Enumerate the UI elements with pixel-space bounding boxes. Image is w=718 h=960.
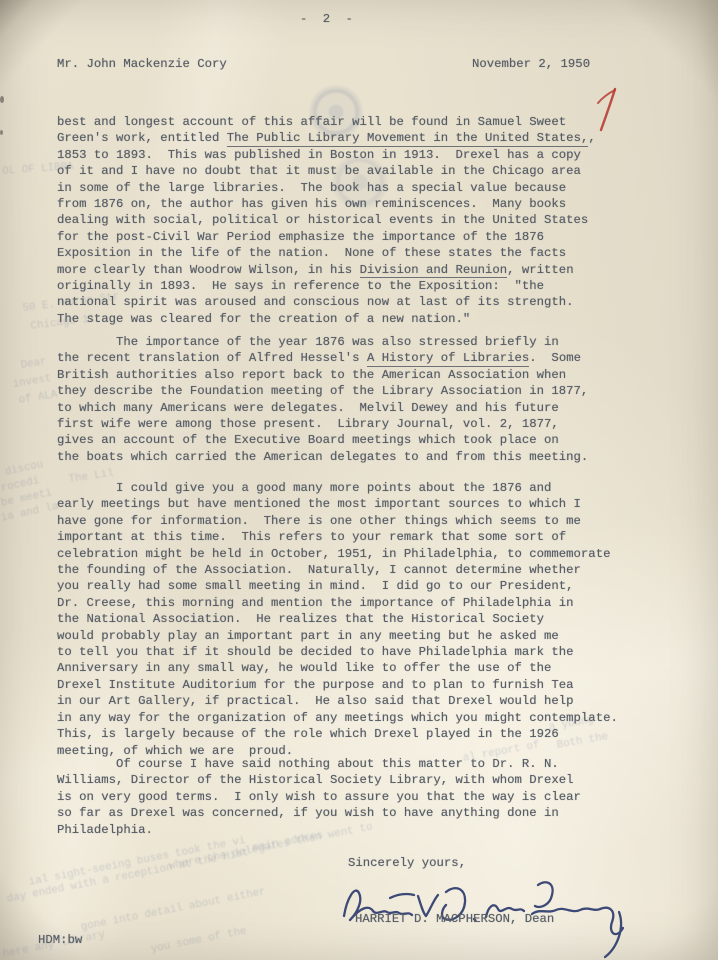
closing-salutation: Sincerely yours, bbox=[348, 855, 466, 871]
text-line: early meetings but have mentioned the mo… bbox=[57, 496, 618, 512]
text-segment: . Some bbox=[529, 351, 581, 365]
recipient-name: Mr. John Mackenzie Cory bbox=[57, 56, 227, 72]
text-segment: Anniversary in any small way, he would l… bbox=[57, 661, 551, 675]
text-segment: to tell you that if it should be decided… bbox=[57, 645, 574, 659]
letter-date: November 2, 1950 bbox=[472, 56, 590, 72]
text-segment: the boats which carried the American del… bbox=[57, 450, 588, 464]
text-segment: British authorities also report back to … bbox=[57, 368, 566, 382]
underlined-title: Division and Reunion bbox=[360, 263, 508, 279]
text-segment: , bbox=[588, 131, 595, 145]
text-line: Williams, Director of the Historical Soc… bbox=[57, 772, 581, 788]
text-segment: in some of the large libraries. The book… bbox=[57, 181, 566, 195]
text-segment: of it and I have no doubt that it must b… bbox=[57, 164, 581, 178]
text-segment: in any way for the organization of any m… bbox=[57, 711, 618, 725]
text-line: celebration might be held in October, 19… bbox=[57, 546, 618, 562]
text-segment: This, is largely because of the role whi… bbox=[57, 727, 559, 741]
paragraph-2: The importance of the year 1876 was also… bbox=[57, 334, 588, 465]
text-segment: Of course I have said nothing about this… bbox=[57, 757, 559, 771]
text-line: originally in 1893. He says in reference… bbox=[57, 278, 596, 294]
text-line: The stage was cleared for the creation o… bbox=[57, 311, 596, 327]
text-segment: Green's work, entitled bbox=[57, 131, 227, 145]
text-segment: 1853 to 1893. This was published in Bost… bbox=[57, 148, 581, 162]
ghost-text-fragment: discou bbox=[4, 459, 45, 479]
text-line: to which many Americans were delegates. … bbox=[57, 400, 588, 416]
underlined-title: The Public Library Movement in the Unite… bbox=[227, 131, 589, 147]
text-line: Philadelphia. bbox=[57, 822, 581, 838]
page-number: - 2 - bbox=[300, 11, 357, 27]
text-line: important at this time. This refers to y… bbox=[57, 529, 618, 545]
text-segment: important at this time. This refers to y… bbox=[57, 530, 566, 544]
text-line: so far as Drexel was concerned, if you w… bbox=[57, 805, 581, 821]
ghost-text-fragment: you some of the bbox=[150, 925, 248, 955]
paragraph-4: Of course I have said nothing about this… bbox=[57, 756, 581, 838]
text-segment: early meetings but have mentioned the mo… bbox=[57, 497, 581, 511]
text-line: in some of the large libraries. The book… bbox=[57, 180, 596, 196]
text-line: Anniversary in any small way, he would l… bbox=[57, 660, 618, 676]
text-segment: Philadelphia. bbox=[57, 823, 153, 837]
text-segment: the founding of the Association. Natural… bbox=[57, 563, 581, 577]
text-segment: so far as Drexel was concerned, if you w… bbox=[57, 806, 559, 820]
text-segment: celebration might be held in October, 19… bbox=[57, 547, 610, 561]
text-line: Drexel Institute Auditorium for the purp… bbox=[57, 677, 618, 693]
text-segment: gives an account of the Executive Board … bbox=[57, 433, 559, 447]
ghost-text-fragment: Dear bbox=[20, 356, 47, 372]
text-line: first wife were among those present. Lib… bbox=[57, 416, 588, 432]
scan-speck bbox=[0, 130, 3, 135]
text-segment: Drexel Institute Auditorium for the purp… bbox=[57, 678, 574, 692]
text-segment: they describe the Foundation meeting of … bbox=[57, 384, 588, 398]
text-segment: national spirit was aroused and consciou… bbox=[57, 295, 574, 309]
text-line: from 1876 on, the author has given his o… bbox=[57, 196, 596, 212]
text-line: This, is largely because of the role whi… bbox=[57, 726, 618, 742]
text-line: Green's work, entitled The Public Librar… bbox=[57, 130, 596, 146]
text-line: in our Art Gallery, if practical. He als… bbox=[57, 693, 618, 709]
text-segment: more clearly than Woodrow Wilson, in his bbox=[57, 263, 360, 277]
text-segment: for the post-Civil War Period emphasize … bbox=[57, 230, 544, 244]
text-segment: The importance of the year 1876 was also… bbox=[57, 335, 559, 349]
text-segment: would probably play an important part in… bbox=[57, 629, 559, 643]
text-line: Exposition in the life of the nation. No… bbox=[57, 245, 596, 261]
text-line: national spirit was aroused and consciou… bbox=[57, 294, 596, 310]
paragraph-3: I could give you a good many more points… bbox=[57, 480, 618, 759]
text-segment: best and longest account of this affair … bbox=[57, 115, 566, 129]
typist-initials: HDM:bw bbox=[38, 932, 82, 948]
ghost-text-fragment: rocedi bbox=[0, 475, 41, 495]
text-line: you really had some small meeting in min… bbox=[57, 578, 618, 594]
text-segment: Dr. Creese, this morning and mention the… bbox=[57, 596, 574, 610]
text-line: in any way for the organization of any m… bbox=[57, 710, 618, 726]
text-line: best and longest account of this affair … bbox=[57, 114, 596, 130]
ghost-text-fragment: of ALA bbox=[18, 389, 58, 407]
text-segment: dealing with social, political or histor… bbox=[57, 213, 588, 227]
text-line: of it and I have no doubt that it must b… bbox=[57, 163, 596, 179]
ghost-text-fragment: ial sight-seeing buses took the vi bbox=[28, 835, 247, 889]
text-line: the founding of the Association. Natural… bbox=[57, 562, 618, 578]
text-segment: in our Art Gallery, if practical. He als… bbox=[57, 694, 574, 708]
text-line: is on very good terms. I only wish to as… bbox=[57, 789, 581, 805]
text-line: Of course I have said nothing about this… bbox=[57, 756, 581, 772]
scanned-letter-page: OL OF LIBRA50 E. Huron StrChicago 11Dear… bbox=[0, 0, 718, 960]
text-line: have gone for information. There is one … bbox=[57, 513, 618, 529]
text-line: they describe the Foundation meeting of … bbox=[57, 383, 588, 399]
ghost-text-fragment: day ended with a reception at the Hist bbox=[6, 847, 250, 906]
ghost-text-fragment: be meeti bbox=[0, 487, 53, 510]
ghost-text-fragment: gone into detail about either bbox=[80, 886, 267, 934]
scan-speck bbox=[0, 96, 4, 103]
text-line: gives an account of the Executive Board … bbox=[57, 432, 588, 448]
text-line: to tell you that if it should be decided… bbox=[57, 644, 618, 660]
text-line: more clearly than Woodrow Wilson, in his… bbox=[57, 262, 596, 278]
text-segment: I could give you a good many more points… bbox=[57, 481, 551, 495]
typed-signature-name: HARRIET D. MACPHERSON, Dean bbox=[355, 911, 554, 927]
text-segment: to which many Americans were delegates. … bbox=[57, 401, 559, 415]
ghost-text-fragment: invest bbox=[12, 373, 52, 391]
red-checkmark-icon bbox=[594, 86, 622, 134]
text-line: the National Association. He realizes th… bbox=[57, 611, 618, 627]
text-segment: the recent translation of Alfred Hessel'… bbox=[57, 351, 367, 365]
text-line: The importance of the year 1876 was also… bbox=[57, 334, 588, 350]
text-segment: originally in 1893. He says in reference… bbox=[57, 279, 544, 293]
text-segment: from 1876 on, the author has given his o… bbox=[57, 197, 566, 211]
text-segment: the National Association. He realizes th… bbox=[57, 612, 544, 626]
text-segment: is on very good terms. I only wish to as… bbox=[57, 790, 581, 804]
text-line: for the post-Civil War Period emphasize … bbox=[57, 229, 596, 245]
ghost-text-fragment: ia and la bbox=[0, 501, 60, 525]
underlined-title: A History of Libraries bbox=[367, 351, 529, 367]
text-line: the boats which carried the American del… bbox=[57, 449, 588, 465]
text-line: British authorities also report back to … bbox=[57, 367, 588, 383]
text-segment: Williams, Director of the Historical Soc… bbox=[57, 773, 574, 787]
text-line: 1853 to 1893. This was published in Bost… bbox=[57, 147, 596, 163]
text-segment: , written bbox=[507, 263, 573, 277]
text-line: Dr. Creese, this morning and mention the… bbox=[57, 595, 618, 611]
text-segment: have gone for information. There is one … bbox=[57, 514, 581, 528]
paragraph-1: best and longest account of this affair … bbox=[57, 114, 596, 327]
text-line: dealing with social, political or histor… bbox=[57, 212, 596, 228]
text-line: would probably play an important part in… bbox=[57, 628, 618, 644]
text-segment: Exposition in the life of the nation. No… bbox=[57, 246, 566, 260]
text-segment: The stage was cleared for the creation o… bbox=[57, 312, 470, 326]
text-segment: first wife were among those present. Lib… bbox=[57, 417, 559, 431]
text-line: the recent translation of Alfred Hessel'… bbox=[57, 350, 588, 366]
text-segment: you really had some small meeting in min… bbox=[57, 579, 574, 593]
text-line: I could give you a good many more points… bbox=[57, 480, 618, 496]
